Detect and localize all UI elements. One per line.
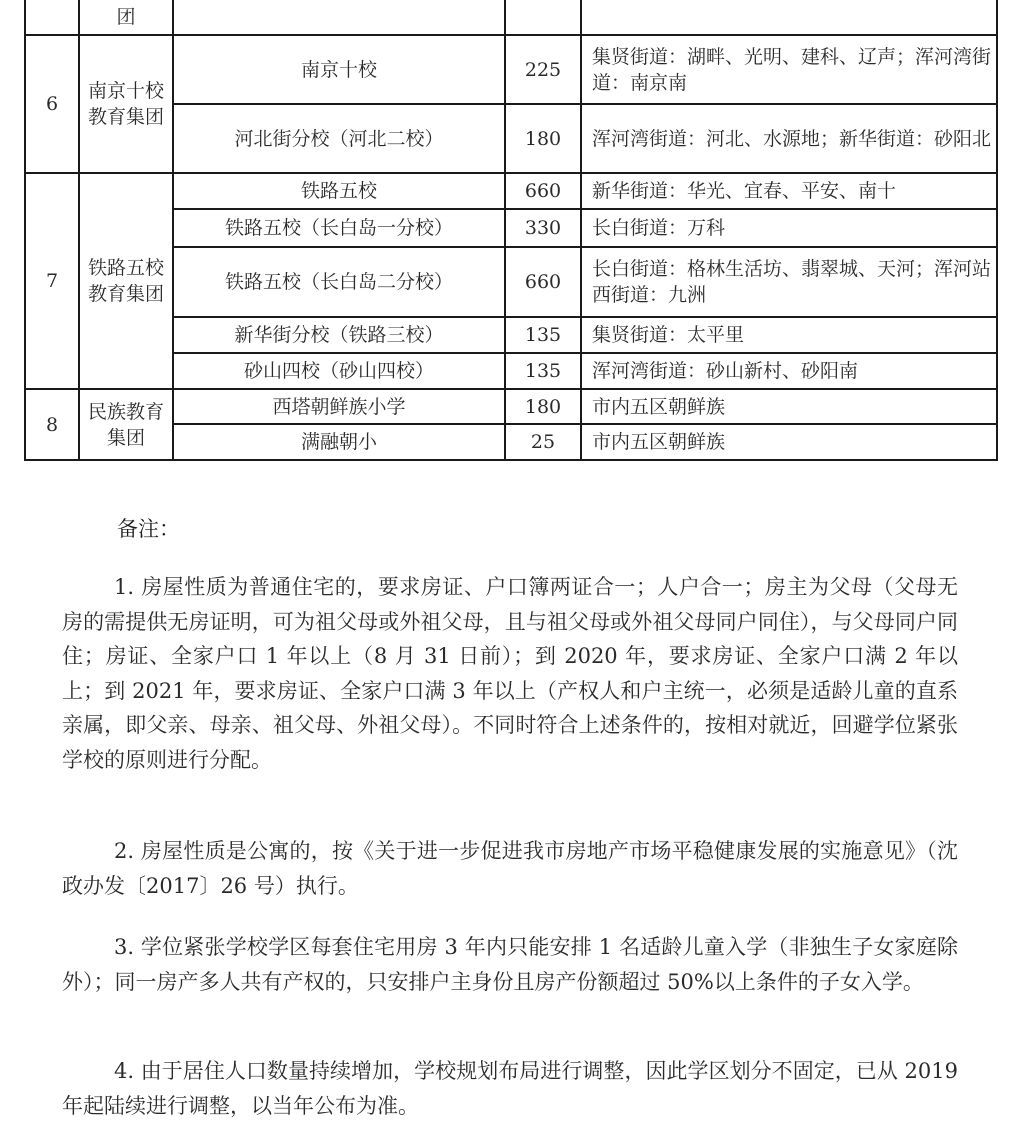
count-cell: 660 — [505, 173, 581, 209]
count-cell: 180 — [505, 104, 581, 173]
count-cell — [505, 0, 581, 35]
table-row: 6 南京十校教育集团 南京十校 225 集贤街道：湖畔、光明、建科、辽声；浑河湾… — [25, 35, 997, 104]
area-cell: 长白街道：万科 — [581, 209, 997, 247]
area-cell: 集贤街道：太平里 — [581, 317, 997, 353]
school-cell: 铁路五校（长白岛二分校） — [173, 247, 505, 317]
note-item-2: 2. 房屋性质是公寓的，按《关于进一步促进我市房地产市场平稳健康发展的实施意见》… — [62, 834, 958, 903]
school-cell: 铁路五校（长白岛一分校） — [173, 209, 505, 247]
note-item-4: 4. 由于居住人口数量持续增加，学校规划布局进行调整，因此学区划分不固定，已从 … — [62, 1054, 958, 1123]
group-name-cell: 南京十校教育集团 — [79, 35, 173, 173]
area-cell: 浑河湾街道：河北、水源地；新华街道：砂阳北 — [581, 104, 997, 173]
notes-title: 备注： — [117, 513, 180, 543]
table-row: 7 铁路五校教育集团 铁路五校 660 新华街道：华光、宜春、平安、南十 — [25, 173, 997, 209]
area-cell: 长白街道：格林生活坊、翡翠城、天河；浑河站西街道：九洲 — [581, 247, 997, 317]
table-row: 8 民族教育集团 西塔朝鲜族小学 180 市内五区朝鲜族 — [25, 389, 997, 424]
note-item-1: 1. 房屋性质为普通住宅的，要求房证、户口簿两证合一；人户合一；房主为父母（父母… — [62, 570, 958, 777]
area-cell: 市内五区朝鲜族 — [581, 424, 997, 460]
area-cell: 集贤街道：湖畔、光明、建科、辽声；浑河湾街道：南京南 — [581, 35, 997, 104]
school-cell: 满融朝小 — [173, 424, 505, 460]
area-cell: 市内五区朝鲜族 — [581, 389, 997, 424]
index-cell: 7 — [25, 173, 79, 389]
school-cell: 新华街分校（铁路三校） — [173, 317, 505, 353]
school-cell: 铁路五校 — [173, 173, 505, 209]
index-cell: 6 — [25, 35, 79, 173]
school-cell: 西塔朝鲜族小学 — [173, 389, 505, 424]
count-cell: 330 — [505, 209, 581, 247]
table-row-fragment: 团 — [25, 0, 997, 35]
school-cell: 砂山四校（砂山四校） — [173, 353, 505, 389]
group-name-cell: 团 — [79, 0, 173, 35]
count-cell: 135 — [505, 317, 581, 353]
count-cell: 225 — [505, 35, 581, 104]
count-cell: 180 — [505, 389, 581, 424]
area-cell: 浑河湾街道：砂山新村、砂阳南 — [581, 353, 997, 389]
count-cell: 135 — [505, 353, 581, 389]
index-cell — [25, 0, 79, 35]
school-cell — [173, 0, 505, 35]
school-cell: 河北街分校（河北二校） — [173, 104, 505, 173]
school-district-table: 团 6 南京十校教育集团 南京十校 225 集贤街道：湖畔、光明、建科、辽声；浑… — [24, 0, 998, 461]
index-cell: 8 — [25, 389, 79, 460]
group-name-cell: 民族教育集团 — [79, 389, 173, 460]
school-cell: 南京十校 — [173, 35, 505, 104]
area-cell — [581, 0, 997, 35]
count-cell: 660 — [505, 247, 581, 317]
area-cell: 新华街道：华光、宜春、平安、南十 — [581, 173, 997, 209]
count-cell: 25 — [505, 424, 581, 460]
note-item-3: 3. 学位紧张学校学区每套住宅用房 3 年内只能安排 1 名适龄儿童入学（非独生… — [62, 930, 958, 999]
group-name-cell: 铁路五校教育集团 — [79, 173, 173, 389]
